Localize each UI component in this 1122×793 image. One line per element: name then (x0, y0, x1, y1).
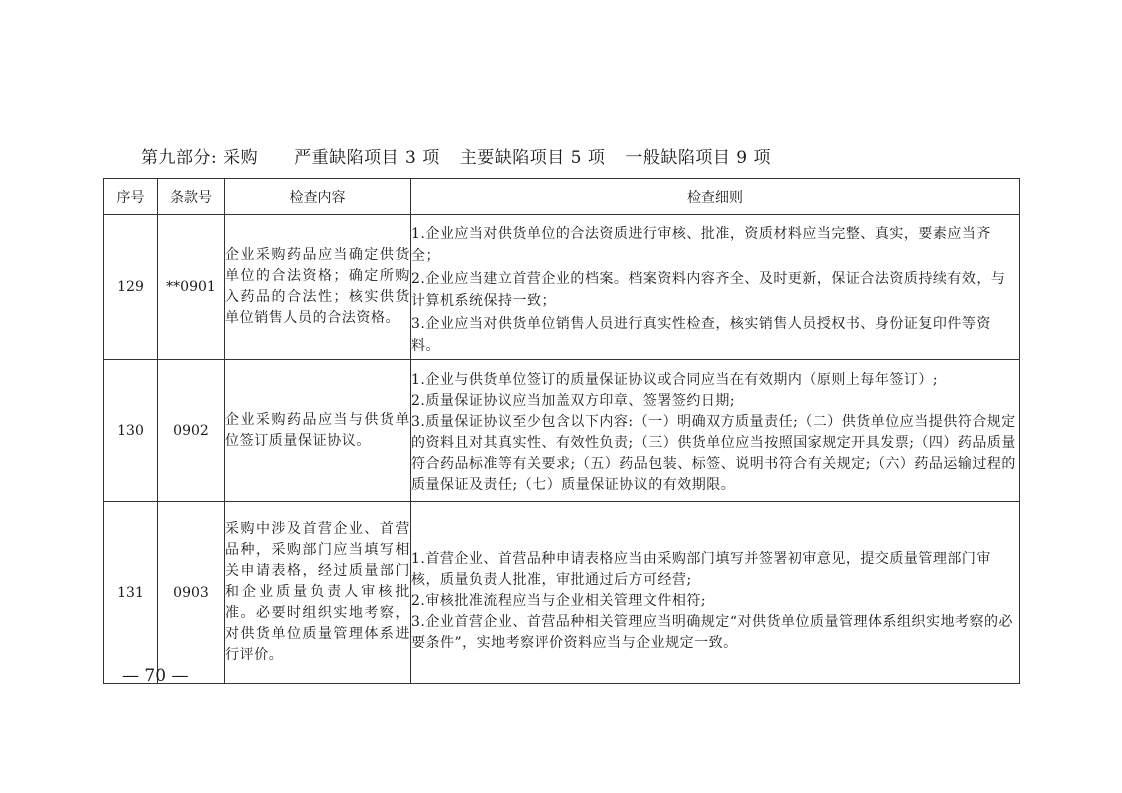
row-seq: 130 (104, 360, 158, 502)
detail-item: 3.质量保证协议至少包含以下内容:（一）明确双方质量责任;（二）供货单位应当提供… (411, 412, 1019, 496)
row-content: 企业采购药品应当确定供货单位的合法资格；确定所购入药品的合法性；核实供货单位销售… (225, 215, 411, 360)
general-defect-count: 一般缺陷项目 9 项 (625, 146, 771, 170)
detail-item: 2.质量保证协议应当加盖双方印章、签署签约日期; (411, 391, 1019, 412)
row-details: 1.首营企业、首营品种申请表格应当由采购部门填写并签署初审意见，提交质量管理部门… (411, 502, 1020, 684)
row-content: 企业采购药品应当与供货单位签订质量保证协议。 (225, 360, 411, 502)
header-clause: 条款号 (158, 179, 225, 215)
row-content: 采购中涉及首营企业、首营品种，采购部门应当填写相关申请表格，经过质量部门和企业质… (225, 502, 411, 684)
header-content: 检查内容 (225, 179, 411, 215)
major-defect-count: 主要缺陷项目 5 项 (460, 146, 606, 170)
detail-item: 1.企业与供货单位签订的质量保证协议或合同应当在有效期内（原则上每年签订）; (411, 370, 1019, 391)
header-details: 检查细则 (411, 179, 1020, 215)
detail-item: 1.首营企业、首营品种申请表格应当由采购部门填写并签署初审意见，提交质量管理部门… (411, 549, 1019, 591)
row-seq: 131 (104, 502, 158, 684)
row-details: 1.企业与供货单位签订的质量保证协议或合同应当在有效期内（原则上每年签订）; 2… (411, 360, 1020, 502)
detail-item: 2.企业应当建立首营企业的档案。档案资料内容齐全、及时更新，保证合法资质持续有效… (411, 268, 1019, 313)
page-number: — 70 — (122, 666, 188, 686)
inspection-table: 序号 条款号 检查内容 检查细则 129 **0901 企业采购药品应当确定供货… (103, 178, 1020, 684)
detail-item: 3.企业应当对供货单位销售人员进行真实性检查，核实销售人员授权书、身份证复印件等… (411, 313, 1019, 358)
detail-item: 1.企业应当对供货单位的合法资质进行审核、批准，资质材料应当完整、真实，要素应当… (411, 223, 1019, 268)
header-seq: 序号 (104, 179, 158, 215)
row-seq: 129 (104, 215, 158, 360)
detail-item: 2.审核批准流程应当与企业相关管理文件相符; (411, 591, 1019, 612)
row-clause: 0903 (158, 502, 225, 684)
section-part-title: 第九部分: 采购 (141, 146, 258, 170)
table-row: 129 **0901 企业采购药品应当确定供货单位的合法资格；确定所购入药品的合… (104, 215, 1020, 360)
row-details: 1.企业应当对供货单位的合法资质进行审核、批准，资质材料应当完整、真实，要素应当… (411, 215, 1020, 360)
detail-item: 3.企业首营企业、首营品种相关管理应当明确规定“对供货单位质量管理体系组织实地考… (411, 612, 1019, 654)
row-clause: 0902 (158, 360, 225, 502)
serious-defect-count: 严重缺陷项目 3 项 (294, 146, 440, 170)
table-row: 131 0903 采购中涉及首营企业、首营品种，采购部门应当填写相关申请表格，经… (104, 502, 1020, 684)
table-header-row: 序号 条款号 检查内容 检查细则 (104, 179, 1020, 215)
row-clause: **0901 (158, 215, 225, 360)
table-row: 130 0902 企业采购药品应当与供货单位签订质量保证协议。 1.企业与供货单… (104, 360, 1020, 502)
section-heading: 第九部分: 采购严重缺陷项目 3 项主要缺陷项目 5 项一般缺陷项目 9 项 (141, 146, 771, 170)
